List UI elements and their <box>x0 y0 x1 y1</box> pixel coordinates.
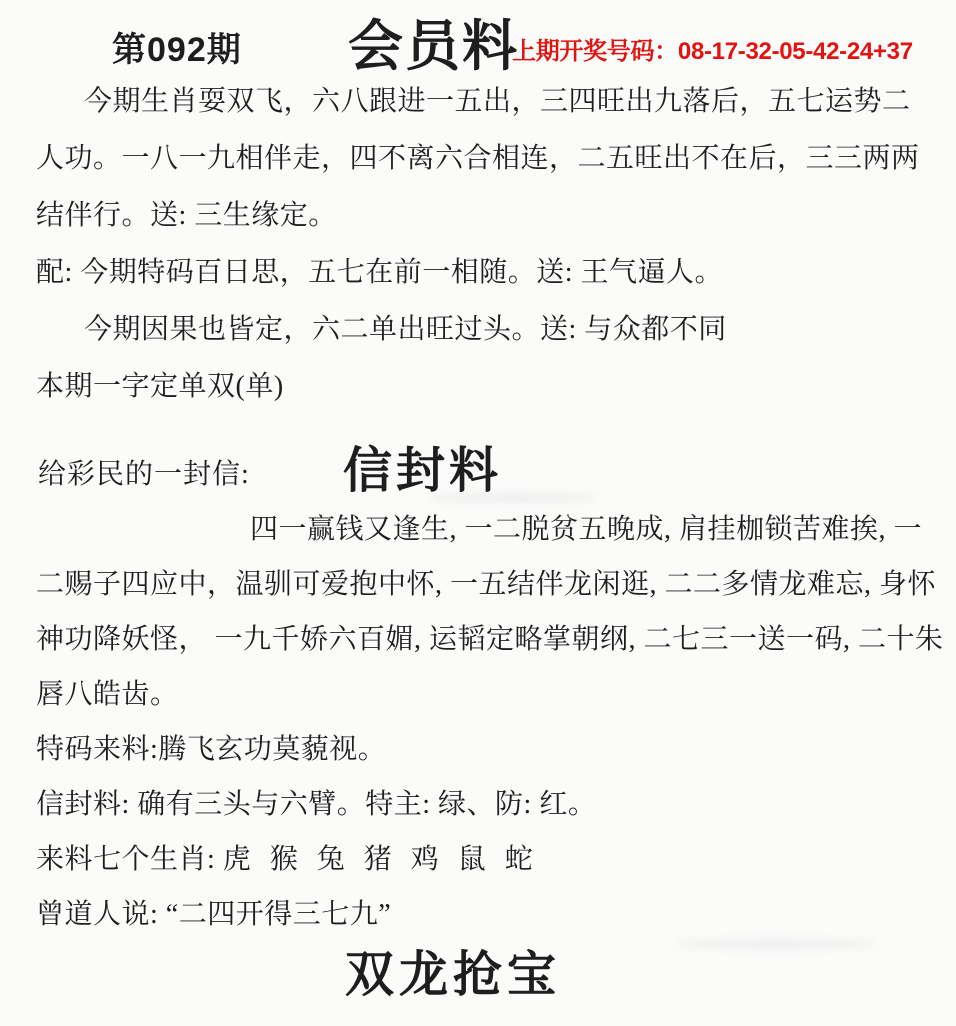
last-draw-numbers: 上期开奖号码：08-17-32-05-42-24+37 <box>512 31 913 66</box>
member-verse-line: 配: 今期特码百日思，五七在前一相随。送: 王气逼人。 <box>36 244 926 301</box>
member-verse-line: 今期因果也皆定，六二单出旺过头。送: 与众都不同 <box>36 301 926 358</box>
letter-line: 四一赢钱又逢生, 一二脱贫五晚成, 肩挂枷锁苦难挨, 一 <box>36 502 931 557</box>
member-verse-line: 结伴行。送: 三生缘定。 <box>36 187 926 244</box>
scan-smudge <box>428 492 598 504</box>
letter-line: 二赐子四应中，温驯可爱抱中怀, 一五结伴龙闲逛, 二二多情龙难忘, 身怀 <box>36 557 931 612</box>
member-verse-section: 今期生肖耍双飞，六八跟进一五出，三四旺出九落后，五七运势二 人功。一八一九相伴走… <box>36 73 926 415</box>
envelope-tip-line: 信封料: 确有三头与六臂。特主: 绿、防: 红。 <box>36 777 931 832</box>
special-code-tip-line: 特码来料:腾飞玄功莫藐视。 <box>36 722 931 777</box>
single-double-pick-line: 本期一字定单双(单) <box>36 358 926 415</box>
letter-intro-label: 给彩民的一封信: <box>38 452 250 492</box>
letter-line: 唇八皓齿。 <box>36 667 931 722</box>
scan-smudge <box>676 938 876 950</box>
member-verse-line: 人功。一八一九相伴走，四不离六合相连，二五旺出不在后，三三两两 <box>36 130 926 187</box>
issue-number: 第092期 <box>112 22 242 71</box>
tip-sheet-page: 第092期 会员料 上期开奖号码：08-17-32-05-42-24+37 今期… <box>0 0 956 1026</box>
master-quote-line: 曾道人说: “二四开得三七九” <box>36 887 931 942</box>
page-title: 会员料 <box>348 2 519 81</box>
letter-line: 神功降妖怪， 一九千娇六百媚, 运韬定略掌朝纲, 二七三一送一码, 二十朱 <box>36 612 931 667</box>
zodiac-label: 来料七个生肖: <box>36 844 215 875</box>
zodiac-tip-line: 来料七个生肖: 虎 猴 兔 猪 鸡 鼠 蛇 <box>36 832 931 887</box>
letter-body-section: 四一赢钱又逢生, 一二脱贫五晚成, 肩挂枷锁苦难挨, 一 二赐子四应中，温驯可爱… <box>36 502 931 942</box>
zodiac-animal-list: 虎 猴 兔 猪 鸡 鼠 蛇 <box>223 844 534 875</box>
member-verse-line: 今期生肖耍双飞，六八跟进一五出，三四旺出九落后，五七运势二 <box>36 73 926 130</box>
